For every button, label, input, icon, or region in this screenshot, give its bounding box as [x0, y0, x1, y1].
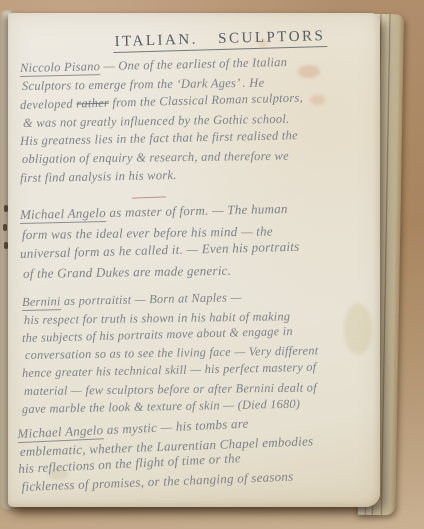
paragraph-bernini: Bernini as portraitist — Born at Naples …: [22, 294, 380, 419]
handwriting-text: developed: [20, 96, 77, 111]
handwriting-text: as portraitist — Born at Naples —: [60, 290, 241, 308]
handwriting-text: His greatness lies in the fact that he f…: [20, 128, 298, 148]
stitch-mark: [3, 224, 7, 231]
paragraph-niccolo-pisano: Niccolo Pisano — One of the earliest of …: [20, 59, 378, 187]
handwriting-text: first find analysis in his work.: [20, 168, 177, 185]
underlined-heading: Michael Angelo: [20, 205, 106, 224]
handwriting-text: universal form as he called it. — Even h…: [20, 239, 300, 261]
handwriting-text: of the Grand Dukes are made generic.: [23, 262, 231, 280]
page-title-text: ITALIAN. SCULPTORS: [112, 28, 327, 53]
separator-dash: [132, 196, 166, 198]
handwriting-text: gave marble the look & texture of skin —…: [22, 396, 300, 415]
paragraph-michael-angelo-form: Michael Angelo as master of form. — The …: [20, 205, 378, 283]
underlined-heading: Niccolo Pisano: [20, 59, 101, 77]
handwriting-text: as master of form. — The human: [106, 201, 288, 220]
notebook-page: ITALIAN. SCULPTORS Niccolo Pisano — One …: [8, 13, 380, 507]
handwriting-text: — One of the earliest of the Italian: [100, 55, 287, 73]
page-title: ITALIAN. SCULPTORS: [110, 28, 330, 51]
handwriting-text: from the Classical Roman sculptors,: [109, 90, 303, 109]
underlined-heading: Bernini: [22, 294, 61, 311]
handwriting-text: as mystic — his tombs are: [103, 416, 249, 438]
notebook-photo: ITALIAN. SCULPTORS Niccolo Pisano — One …: [0, 0, 424, 529]
struck-text: rather: [76, 95, 109, 110]
paragraph-michael-angelo-mystic: Michael Angelo as mystic — his tombs are…: [17, 417, 381, 496]
